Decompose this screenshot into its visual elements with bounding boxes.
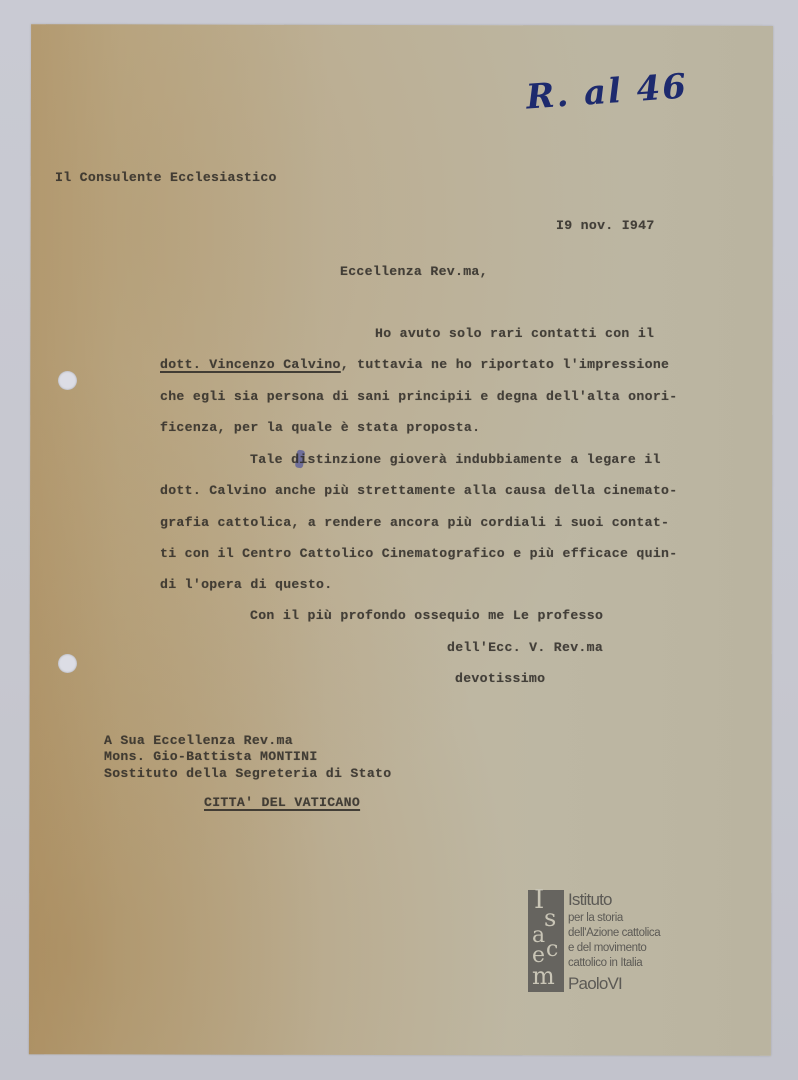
body-line-4: ficenza, per la quale è stata proposta.: [160, 420, 480, 435]
punch-hole-top: [58, 371, 77, 390]
body-line-5: Tale distinzione gioverà indubbiamente a…: [250, 452, 661, 467]
closing-line-1: Con il più profondo ossequio me Le profe…: [250, 608, 603, 623]
body-line-8: ti con il Centro Cattolico Cinematografi…: [160, 546, 677, 561]
logo-line-4: cattolico in Italia: [568, 957, 642, 969]
recipient-line-3: Sostituto della Segreteria di Stato: [104, 766, 391, 781]
salutation: Eccellenza Rev.ma,: [340, 264, 488, 279]
closing-line-2: dell'Ecc. V. Rev.ma: [447, 640, 603, 655]
recipient-line-1: A Sua Eccellenza Rev.ma: [104, 732, 293, 749]
body-line-3: che egli sia persona di sani principii e…: [160, 389, 677, 404]
letter-date: I9 nov. I947: [556, 218, 655, 233]
logo-line-1: per la storia: [568, 912, 623, 924]
recipient-line-2: Mons. Gio-Battista MONTINI: [104, 749, 318, 764]
punch-hole-bottom: [58, 654, 77, 673]
sender-heading: Il Consulente Ecclesiastico: [55, 170, 277, 185]
body-line-9: di l'opera di questo.: [160, 577, 333, 592]
body-line-7: grafia cattolica, a rendere ancora più c…: [160, 515, 669, 530]
logo-subtitle: PaoloVI: [568, 974, 622, 994]
underlined-name: dott. Vincenzo Calvino: [160, 357, 341, 372]
logo-line-2: dell'Azione cattolica: [568, 927, 660, 939]
logo-line-3: e del movimento: [568, 942, 646, 954]
logo-title: Istituto: [568, 890, 612, 910]
isacem-watermark-logo: I s a e c m Istituto per la storia dell'…: [528, 890, 668, 994]
body-line-2: dott. Vincenzo Calvino, tuttavia ne ho r…: [160, 357, 669, 372]
closing-signoff: devotissimo: [455, 671, 545, 686]
body-line-6: dott. Calvino anche più strettamente all…: [160, 483, 677, 498]
recipient-city: CITTA' DEL VATICANO: [204, 795, 360, 810]
logo-monogram: I s a e c m: [528, 890, 564, 992]
body-line-1: Ho avuto solo rari contatti con il: [375, 326, 654, 341]
